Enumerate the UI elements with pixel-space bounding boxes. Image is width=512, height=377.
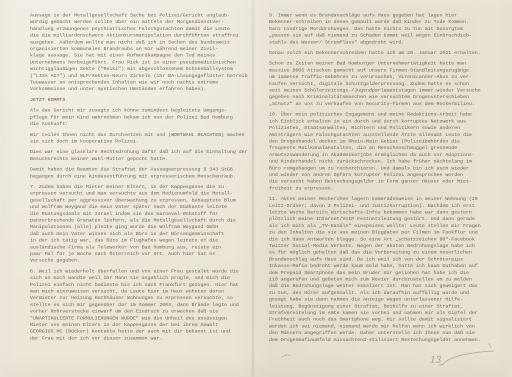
paragraph-legal-claim: Dies war eine glasklare Rechtsdrohung da… [30,149,242,162]
handwritten-number: 13 [430,356,442,366]
page-fold-line [252,0,254,377]
section-heading: JETZT KOMMTS [30,96,242,103]
pencil-flourish [439,351,494,365]
paragraph-item-10: 10. Über mein politisches Engagement und… [269,111,487,191]
text-column-left: Aussage in der Metallgesellschaft Sache … [30,12,242,346]
paragraph-continuation: Aussage in der Metallgesellschaft Sache … [30,12,242,92]
text-column-right: 9. Immer wenn es Brandanschläge aufs Hau… [269,12,487,347]
paragraph-item-8: 8. Weil ich wiederholt überfallen und vo… [30,268,242,342]
scanned-document-page: Aussage in der Metallgesellschaft Sache … [0,0,512,377]
paragraph-item-9: 9. Immer wenn es Brandanschläge aufs Hau… [269,12,487,46]
paragraph-police-quote: Wir teilen Ihnen nicht das Durchsetzen m… [30,131,242,144]
paragraph-ddos: Schon zu Zeiten meiner Bad Homburger Unt… [269,60,487,107]
pencil-tick [489,343,491,348]
paragraph-court-statement: Als das Gericht mir zusagte ich könne zu… [30,107,242,127]
pencil-stroke-left [281,355,291,358]
paragraph-item-11: 11. Akten meiner Recherchen lagern kamer… [269,196,487,343]
paragraph-item-7: 7. Zudem haben die Mieter meiner Eltern,… [30,183,242,263]
paragraph-confession-letter: Genau solch ein Bekennerschreiben hatte … [269,50,487,57]
paragraph-stgb: Damit haben die Beamten die Straftat der… [30,166,242,179]
